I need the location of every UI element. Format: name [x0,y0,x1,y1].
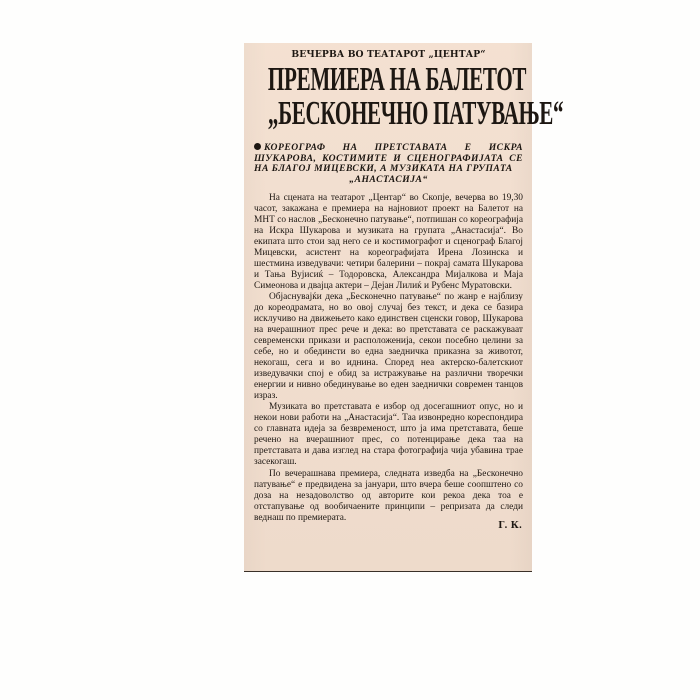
article-kicker: ВЕЧЕРВА ВО ТЕАТАРОТ „ЦЕНТАР“ [254,49,523,60]
article-paragraph: На сцената на театарот „Центар“ во Скопј… [254,193,523,292]
bullet-icon [254,143,261,150]
headline-line-1: ПРЕМИЕРА НА БАЛЕТОТ [268,63,509,97]
article-paragraph: Објаснувајќи дека „Бесконечно патување“ … [254,292,523,402]
lead-text-last: „АНАСТАСИЈА“ [254,175,523,186]
headline-line-2: „БЕСКОНЕЧНО ПАТУВАЊЕ“ [268,97,509,131]
article-lead: КОРЕОГРАФ НА ПРЕТСТАВАТА Е ИСКРА ШУКАРОВ… [254,143,523,185]
article-body: На сцената на театарот „Центар“ во Скопј… [254,193,523,523]
article-headline: ПРЕМИЕРА НА БАЛЕТОТ „БЕСКОНЕЧНО ПАТУВАЊЕ… [268,63,509,131]
newspaper-clipping: ВЕЧЕРВА ВО ТЕАТАРОТ „ЦЕНТАР“ ПРЕМИЕРА НА… [244,43,532,572]
scanned-page: ВЕЧЕРВА ВО ТЕАТАРОТ „ЦЕНТАР“ ПРЕМИЕРА НА… [0,0,700,700]
lead-text: КОРЕОГРАФ НА ПРЕТСТАВАТА Е ИСКРА ШУКАРОВ… [254,142,523,174]
article-paragraph: По вечерашнава премиера, следната изведб… [254,469,523,524]
article-paragraph: Музиката во претставата е избор од досег… [254,402,523,468]
